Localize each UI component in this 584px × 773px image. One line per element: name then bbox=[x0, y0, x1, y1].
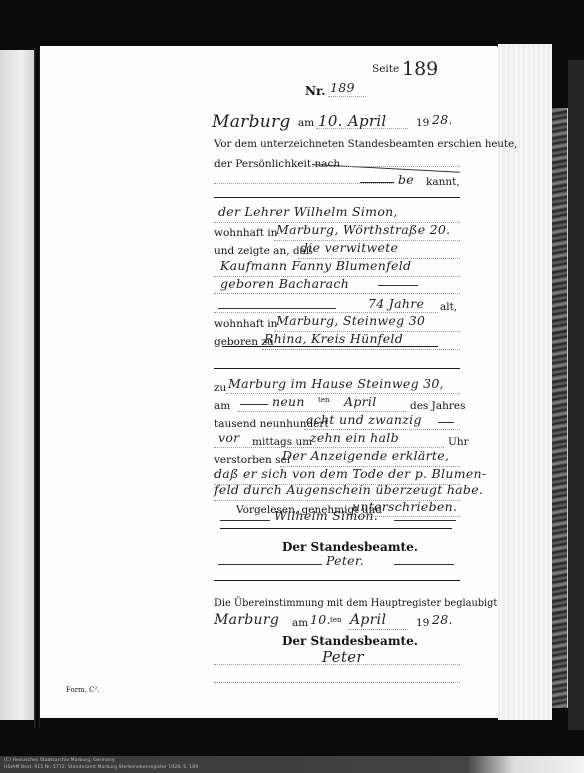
declared-label: und zeigte an, daß bbox=[214, 245, 313, 257]
dash bbox=[378, 285, 418, 286]
dash bbox=[394, 564, 454, 565]
archive-footer: (C) Hessisches Staatsarchiv Marburg, Ger… bbox=[0, 756, 584, 773]
certification-month: April bbox=[350, 612, 386, 628]
identity-handwritten: be bbox=[398, 172, 414, 187]
line bbox=[214, 664, 460, 665]
declared-handwritten-1: die verwitwete bbox=[300, 240, 398, 255]
line bbox=[262, 349, 460, 350]
page-number: 189 bbox=[402, 58, 438, 80]
registration-place: Marburg bbox=[212, 112, 291, 132]
remark-line-1: Der Anzeigende erklärte, bbox=[282, 448, 449, 463]
death-am-label: am bbox=[214, 400, 230, 412]
registrar-signature: Peter. bbox=[326, 553, 364, 568]
separator-rule bbox=[220, 528, 452, 529]
death-ten-label: ten bbox=[318, 396, 329, 404]
year-prefix: 19 bbox=[416, 117, 429, 129]
date-line bbox=[316, 128, 408, 129]
informant-residence: Marburg, Wörthstraße 20. bbox=[276, 222, 450, 237]
entry-label: Nr. bbox=[305, 84, 325, 98]
death-month: April bbox=[344, 394, 377, 409]
declared-handwritten-2: Kaufmann Fanny Blumenfeld bbox=[220, 258, 411, 273]
deceased-age: 74 Jahre bbox=[368, 296, 424, 311]
identity-line-dots-2 bbox=[214, 183, 394, 184]
separator-rule bbox=[214, 368, 460, 369]
form-label: Form. C². bbox=[66, 686, 100, 694]
certification-am: am bbox=[292, 617, 308, 629]
deceased-residence-label: wohnhaft in bbox=[214, 318, 277, 330]
certification-day: 10. bbox=[310, 612, 331, 627]
scanned-register-page: Seite 189 Nr. 189 Marburg am 10. April 1… bbox=[0, 0, 584, 773]
time-prefix: vor bbox=[218, 430, 239, 445]
death-time: zehn ein halb bbox=[310, 430, 399, 445]
remark-line-2: daß er sich von dem Tode der p. Blumen- bbox=[214, 466, 486, 481]
death-place: Marburg im Hause Steinweg 30, bbox=[228, 376, 444, 391]
entry-number-line bbox=[328, 96, 366, 97]
remark-line-3: feld durch Augenschein überzeugt habe. bbox=[214, 482, 483, 497]
dash bbox=[240, 404, 268, 405]
place-date-am: am bbox=[298, 117, 314, 129]
deceased-residence: Marburg, Steinweg 30 bbox=[276, 313, 425, 328]
separator-rule bbox=[214, 197, 460, 198]
certification-ten: ten bbox=[330, 616, 341, 624]
certification-year-suffix: 28. bbox=[432, 612, 453, 627]
intro-line: Vor dem unterzeichneten Standesbeamten e… bbox=[214, 139, 517, 150]
death-day: neun bbox=[272, 394, 305, 409]
certification-place: Marburg bbox=[214, 612, 279, 628]
certification-year-prefix: 19 bbox=[416, 617, 429, 629]
dash bbox=[218, 564, 322, 565]
uhr-label: Uhr bbox=[448, 436, 469, 448]
marbled-book-edge bbox=[552, 108, 568, 708]
certification-text: Die Übereinstimmung mit dem Hauptregiste… bbox=[214, 598, 497, 609]
dash bbox=[218, 308, 336, 309]
page-label: Seite bbox=[372, 63, 399, 75]
certification-registrar-title: Der Standesbeamte. bbox=[282, 634, 418, 648]
footer-copyright: (C) Hessisches Staatsarchiv Marburg, Ger… bbox=[4, 758, 115, 763]
dash bbox=[438, 422, 454, 423]
line bbox=[226, 393, 460, 394]
year-suffix: 28. bbox=[432, 112, 453, 127]
identity-suffix: kannt, bbox=[426, 176, 460, 188]
born-place: Rhina, Kreis Hünfeld bbox=[264, 331, 403, 346]
identity-line-dots bbox=[312, 166, 460, 167]
line bbox=[348, 629, 408, 630]
separator-rule bbox=[214, 580, 460, 581]
declared-handwritten-3: geboren Bacharach bbox=[220, 276, 349, 291]
facing-page-left bbox=[0, 50, 36, 720]
informant-signature: Wilhelm Simon. bbox=[274, 508, 378, 523]
entry-number: 189 bbox=[330, 80, 355, 95]
book-cover-edge bbox=[568, 60, 584, 730]
year-label: des Jahres bbox=[410, 400, 466, 412]
line bbox=[214, 293, 460, 294]
death-place-label: zu bbox=[214, 382, 226, 394]
footer-citation: HStAM Best. 915 Nr. 5772: Standesamt Mar… bbox=[4, 765, 198, 770]
death-year: acht und zwanzig bbox=[306, 412, 422, 427]
registrar-title: Der Standesbeamte. bbox=[282, 540, 418, 554]
dash bbox=[220, 520, 270, 521]
line bbox=[214, 682, 460, 683]
informant-name: der Lehrer Wilhelm Simon, bbox=[218, 204, 398, 219]
dash bbox=[394, 520, 456, 521]
died-label: verstorben sei bbox=[214, 454, 290, 466]
separator-rule bbox=[222, 346, 438, 347]
identity-dash bbox=[360, 182, 394, 183]
deceased-age-suffix: alt, bbox=[440, 301, 457, 313]
informant-residence-label: wohnhaft in bbox=[214, 227, 277, 239]
